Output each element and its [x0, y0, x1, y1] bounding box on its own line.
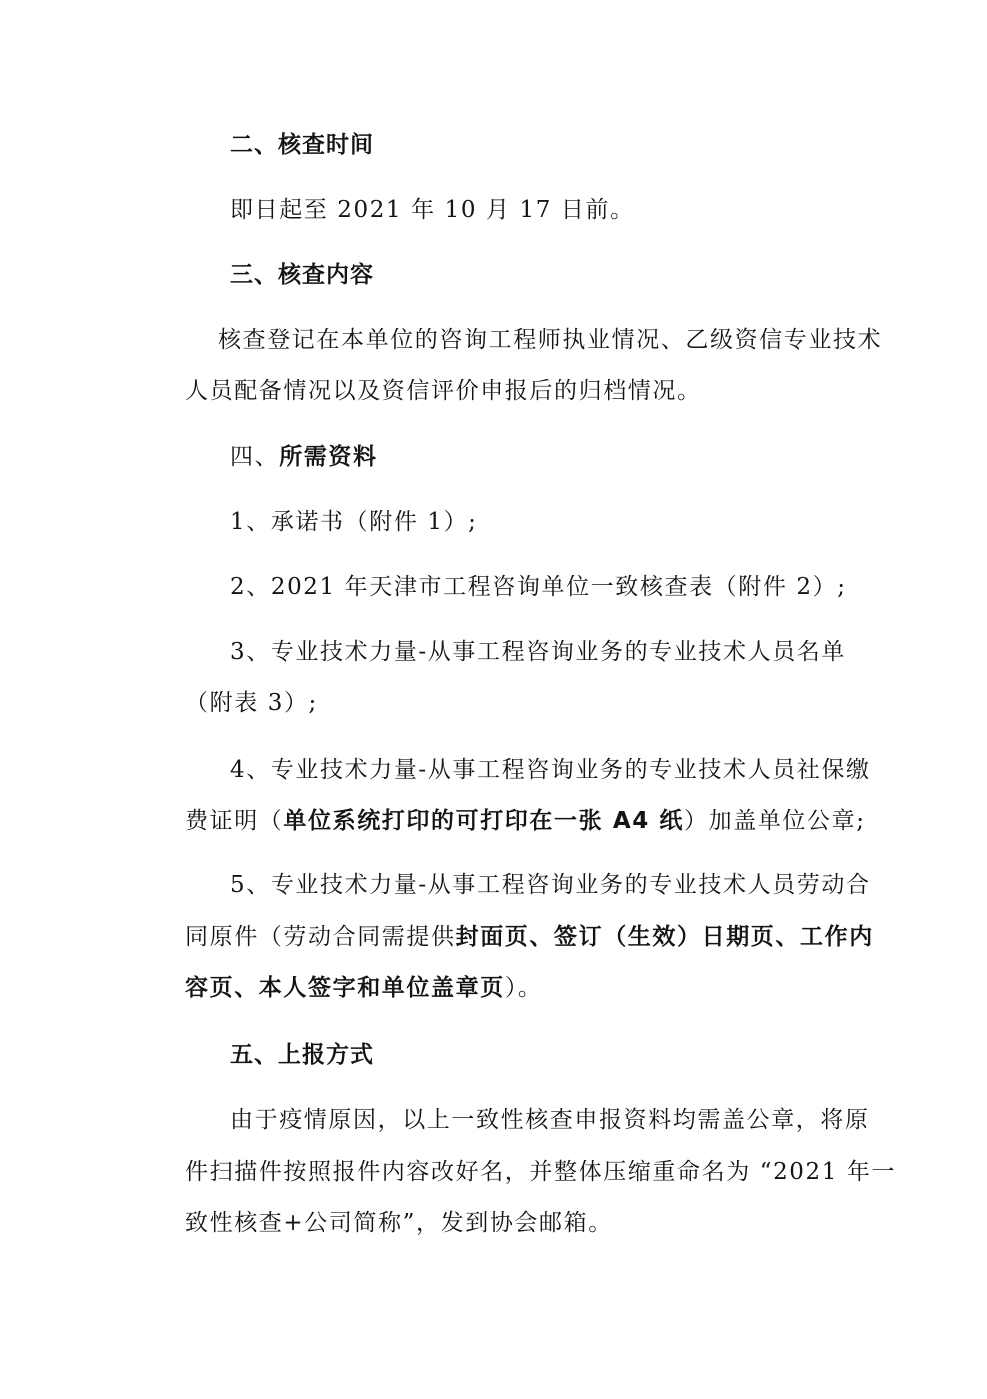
section-heading-prefix: 四、 [230, 444, 279, 470]
material-item-5-line-3: 容页、本人签字和单位盖章页）。 [185, 973, 845, 1003]
text-run: ）加盖单位公章; [684, 808, 866, 834]
inspection-content-line-1: 核查登记在本单位的咨询工程师执业情况、乙级资信专业技术 [218, 325, 840, 355]
section-heading-required-materials: 四、所需资料 [230, 442, 845, 472]
bold-text-run: 单位系统打印的可打印在一张 A4 纸 [283, 808, 684, 834]
document-page: 二、核查时间 即日起至 2021 年 10 月 17 日前。 三、核查内容 核查… [0, 0, 987, 1399]
text-run: ）。 [505, 975, 543, 1001]
material-item-5-line-1: 5、专业技术力量-从事工程咨询业务的专业技术人员劳动合 [230, 870, 838, 900]
material-item-3-line-2: （附表 3）; [185, 688, 845, 718]
material-item-5-line-2: 同原件（劳动合同需提供封面页、签订（生效）日期页、工作内 [185, 922, 839, 952]
material-item-4-line-2: 费证明（单位系统打印的可打印在一张 A4 纸）加盖单位公章; [185, 806, 845, 836]
inspection-time-text: 即日起至 2021 年 10 月 17 日前。 [230, 195, 845, 225]
material-item-2: 2、2021 年天津市工程咨询单位一致核查表（附件 2）; [230, 572, 845, 602]
material-item-4-line-1: 4、专业技术力量-从事工程咨询业务的专业技术人员社保缴 [230, 755, 838, 785]
section-heading-inspection-content: 三、核查内容 [230, 260, 845, 290]
bold-text-run: 容页、本人签字和单位盖章页 [185, 975, 505, 1001]
submission-line-2: 件扫描件按照报件内容改好名，并整体压缩重命名为 “2021 年一 [185, 1157, 839, 1187]
bold-text-run: 封面页、签订（生效）日期页、工作内 [456, 924, 874, 950]
text-run: 同原件（劳动合同需提供 [185, 924, 456, 950]
material-item-1: 1、承诺书（附件 1）; [230, 507, 845, 537]
submission-line-3: 致性核查+公司简称”，发到协会邮箱。 [185, 1208, 845, 1238]
submission-line-1: 由于疫情原因，以上一致性核查申报资料均需盖公章，将原 [230, 1105, 838, 1135]
material-item-3-line-1: 3、专业技术力量-从事工程咨询业务的专业技术人员名单 [230, 637, 838, 667]
section-heading-inspection-time: 二、核查时间 [230, 130, 845, 160]
section-heading-submission-method: 五、上报方式 [230, 1040, 845, 1070]
section-heading-text: 所需资料 [279, 444, 377, 470]
text-run: 费证明（ [185, 808, 283, 834]
inspection-content-line-2: 人员配备情况以及资信评价申报后的归档情况。 [185, 376, 845, 406]
